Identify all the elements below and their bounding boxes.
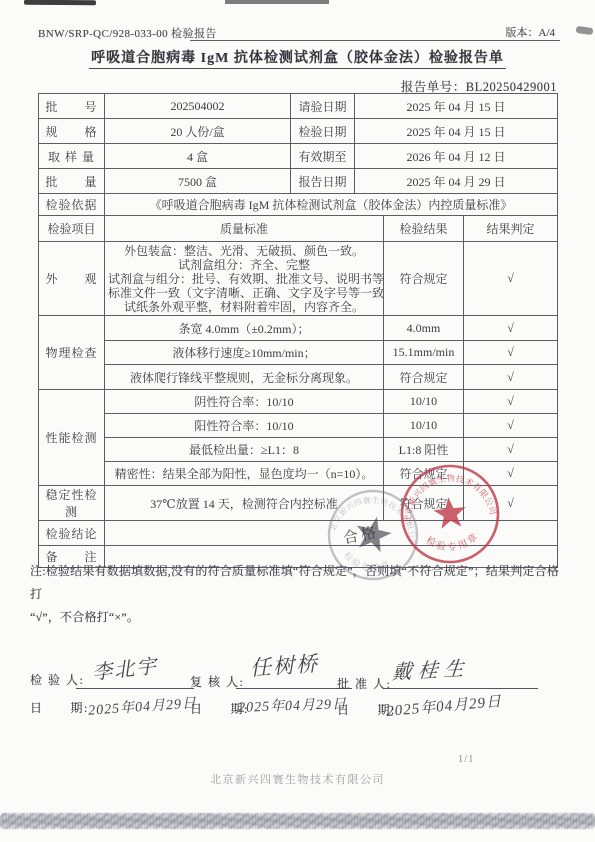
inspector-signature: 李北宇 (91, 650, 160, 686)
check-mark: √ (464, 365, 558, 390)
lot-size-value: 7500 盒 (105, 169, 291, 194)
approver-date: 2025年04月29日 (385, 690, 502, 721)
note-line-1: 注:检验结果有数据填数据,没有的符合质量标准填“符合规定”，否则填“不符合规定”… (30, 560, 570, 606)
batch-no-label: 批 号 (39, 94, 105, 119)
basis-label: 检验依据 (39, 194, 105, 216)
request-date-label: 请验日期 (291, 94, 355, 119)
col-header-standard: 质量标准 (105, 216, 384, 242)
info-table: 批 号 202504002 请验日期 2025 年 04 月 15 日 规 格 … (38, 93, 558, 194)
note-line-2: “√”，不合格打“×”。 (30, 606, 570, 629)
physical-standard-1: 条宽 4.0mm（±0.2mm）； (105, 316, 384, 341)
physical-result-3: 符合规定 (384, 365, 464, 390)
version-label: 版本：A/4 (506, 24, 556, 40)
performance-standard-3: 最低检出量：≥L1：8 (105, 438, 384, 462)
expiry-date-value: 2026 年 04 月 12 日 (355, 144, 558, 169)
check-mark: √ (464, 414, 558, 438)
check-mark: √ (464, 316, 558, 341)
physical-standard-2: 液体移行速度≥10mm/min； (105, 341, 384, 365)
spec-value: 20 人份/盒 (105, 119, 291, 144)
physical-row-1: 物理检查 条宽 4.0mm（±0.2mm）； 4.0mm √ (39, 316, 558, 341)
reviewer-signature: 任树桥 (249, 648, 320, 683)
appearance-standard: 外包装盒：整洁、光滑、无破损、颜色一致。 试剂盒组分：齐全、完整 试剂盒与组分：… (105, 242, 384, 316)
performance-result-1: 10/10 (384, 390, 464, 414)
star-icon (352, 513, 394, 554)
report-date-value: 2025 年 04 月 29 日 (355, 169, 558, 194)
star-icon (432, 495, 467, 529)
expiry-date-label: 有效期至 (291, 144, 355, 169)
basis-value: 《呼吸道合胞病毒 IgM 抗体检测试剂盒（胶体金法）内控质量标准》 (105, 194, 558, 216)
col-header-result: 检验结果 (384, 216, 464, 242)
footer-company: 北京新兴四寰生物技术有限公司 (0, 771, 595, 787)
inspector-date: 2025年04月29日 (87, 692, 197, 720)
appearance-item: 外 观 (39, 242, 105, 316)
request-date-value: 2025 年 04 月 15 日 (355, 94, 558, 119)
document-code: BNW/SRP-QC/928-033-00 检验报告 (38, 25, 217, 41)
appearance-result: 符合规定 (384, 242, 464, 316)
stability-item: 稳定性检测 (39, 486, 105, 521)
info-row-lot: 批 量 7500 盒 报告日期 2025 年 04 月 29 日 (39, 169, 558, 194)
note-text: 注:检验结果有数据填数据,没有的符合质量标准填“符合规定”，否则填“不符合规定”… (30, 560, 570, 629)
performance-standard-2: 阳性符合率：10/10 (105, 414, 384, 438)
physical-row-3: 液体爬行锋线平整规则，无金标分离现象。 符合规定 √ (39, 365, 558, 390)
basis-row: 检验依据 《呼吸道合胞病毒 IgM 抗体检测试剂盒（胶体金法）内控质量标准》 (39, 194, 558, 216)
report-date-label: 报告日期 (291, 169, 355, 194)
seal-label-text: 检验专用章 (340, 548, 395, 577)
inspector-label: 检 验 人: (30, 671, 84, 688)
performance-result-3: L1:8 阳性 (384, 438, 464, 462)
physical-item: 物理检查 (39, 316, 105, 390)
scan-artifact-top-left (24, 0, 96, 5)
inspector-date-label: 日 期: (30, 699, 89, 716)
info-row-sample: 取 样 量 4 盒 有效期至 2026 年 04 月 12 日 (39, 144, 558, 169)
spec-label: 规 格 (39, 119, 105, 144)
inspect-date-label: 检验日期 (291, 119, 355, 144)
batch-no-value: 202504002 (105, 94, 291, 119)
physical-row-2: 液体移行速度≥10mm/min； 15.1mm/min √ (39, 341, 558, 365)
sample-qty-label: 取 样 量 (39, 144, 105, 169)
performance-row-2: 阳性符合率：10/10 10/10 √ (39, 414, 558, 438)
performance-item: 性能检测 (39, 390, 105, 486)
physical-result-2: 15.1mm/min (384, 341, 464, 365)
approver-signature-line (383, 688, 538, 689)
col-header-judge: 结果判定 (464, 216, 558, 242)
company-seal-red: 北京新兴四寰生物技术有限公司 检验专用章 (392, 456, 508, 572)
conclusion-label: 检验结论 (39, 521, 105, 546)
physical-standard-3: 液体爬行锋线平整规则，无金标分离现象。 (105, 365, 384, 390)
page-number: 1/1 (458, 754, 474, 765)
approver-label: 批 准 人: (337, 675, 391, 692)
performance-standard-1: 阴性符合率：10/10 (105, 390, 384, 414)
info-row-spec: 规 格 20 人份/盒 检验日期 2025 年 04 月 15 日 (39, 119, 558, 144)
approver-signature: 戴桂生 (391, 652, 471, 685)
appearance-row: 外 观 外包装盒：整洁、光滑、无破损、颜色一致。 试剂盒组分：齐全、完整 试剂盒… (39, 242, 558, 316)
physical-result-1: 4.0mm (384, 316, 464, 341)
col-header-item: 检验项目 (39, 216, 105, 242)
seal-label-text: 检验专用章 (423, 529, 483, 556)
report-title: 呼吸道合胞病毒 IgM 抗体检测试剂盒（胶体金法）检验报告单 (0, 47, 595, 67)
check-mark: √ (464, 341, 558, 365)
column-header-row: 检验项目 质量标准 检验结果 结果判定 (39, 216, 558, 242)
check-mark: √ (464, 390, 558, 414)
reviewer-signature-line (236, 688, 352, 689)
reviewer-date: 2025年04月29日 (238, 693, 348, 717)
info-row-batch: 批 号 202504002 请验日期 2025 年 04 月 15 日 (39, 94, 558, 119)
check-mark: √ (464, 242, 558, 316)
sample-qty-value: 4 盒 (105, 144, 291, 169)
performance-result-2: 10/10 (384, 414, 464, 438)
scan-artifact-bottom-band (0, 813, 595, 829)
performance-row-1: 性能检测 阴性符合率：10/10 10/10 √ (39, 390, 558, 414)
scan-artifact-top-mid (225, 0, 329, 4)
header-rule (190, 40, 560, 41)
report-page: BNW/SRP-QC/928-033-00 检验报告 版本：A/4 呼吸道合胞病… (0, 0, 595, 842)
inspector-signature-line (76, 688, 194, 689)
scan-artifact-right (576, 26, 594, 35)
lot-size-label: 批 量 (39, 169, 105, 194)
inspect-date-value: 2025 年 04 月 15 日 (355, 119, 558, 144)
